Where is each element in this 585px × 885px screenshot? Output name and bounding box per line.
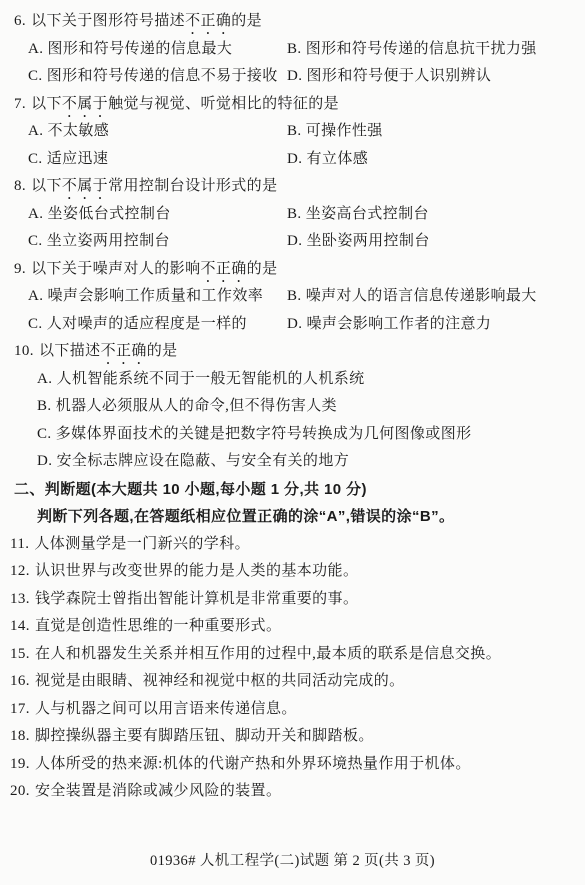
stem-text: 的是 [147,343,178,359]
question-6-options-row-1: A. 图形和符号传递的信息最大 B. 图形和符号传递的信息抗干扰力强 [0,36,585,64]
stem-emphasized-text: 不正确 [101,343,147,359]
option-10a: A. 人机智能系统不同于一般无智能机的人机系统 [0,366,585,394]
tf-question-20: 20.安全装置是消除或减少风险的装置。 [0,778,585,806]
tf-question-text: 人与机器之间可以用言语来传递信息。 [35,701,297,717]
section-2-title: 二、判断题(本大题共 10 小题,每小题 1 分,共 10 分) [0,476,585,504]
tf-question-18: 18.脚控操纵器主要有脚踏压钮、脚动开关和脚踏板。 [0,723,585,751]
stem-emphasized-text: 不属于 [62,178,108,194]
question-6-options-row-2: C. 图形和符号传递的信息不易于接收 D. 图形和符号便于人识别辨认 [0,63,585,91]
section-2-instruction: 判断下列各题,在答题纸相应位置正确的涂“A”,错误的涂“B”。 [0,503,585,531]
question-number: 14. [10,618,30,634]
stem-text: 以下 [31,96,62,112]
question-number: 13. [10,591,30,607]
tf-question-17: 17.人与机器之间可以用言语来传递信息。 [0,696,585,724]
question-9-options-row-2: C. 人对噪声的适应程度是一样的 D. 噪声会影响工作者的注意力 [0,311,585,339]
option-9a: A. 噪声会影响工作质量和工作效率 [28,283,287,311]
tf-question-text: 在人和机器发生关系并相互作用的过程中,最本质的联系是信息交换。 [35,646,501,662]
question-number: 6. [14,13,26,29]
tf-question-text: 人体所受的热来源:机体的代谢产热和外界环境热量作用于机体。 [35,756,471,772]
question-number: 19. [10,756,30,772]
stem-text: 以下关于图形符号描述 [31,13,185,29]
tf-question-text: 视觉是由眼睛、视神经和视觉中枢的共同活动完成的。 [35,673,405,689]
option-6b: B. 图形和符号传递的信息抗干扰力强 [287,36,537,64]
option-10d: D. 安全标志牌应设在隐蔽、与安全有关的地方 [0,448,585,476]
stem-text: 以下 [31,178,62,194]
stem-text: 触觉与视觉、听觉相比的特征的是 [108,96,339,112]
option-9c: C. 人对噪声的适应程度是一样的 [28,311,287,339]
tf-question-19: 19.人体所受的热来源:机体的代谢产热和外界环境热量作用于机体。 [0,751,585,779]
option-8b: B. 坐姿高台式控制台 [287,201,429,229]
tf-question-text: 钱学森院士曾指出智能计算机是非常重要的事。 [35,591,358,607]
question-number: 11. [10,536,29,552]
option-6d: D. 图形和符号便于人识别辨认 [287,63,491,91]
tf-question-16: 16.视觉是由眼睛、视神经和视觉中枢的共同活动完成的。 [0,668,585,696]
question-number: 7. [14,96,26,112]
stem-text: 常用控制台设计形式的是 [108,178,277,194]
question-9-stem: 9.以下关于噪声对人的影响不正确的是 [0,256,585,284]
stem-text: 的是 [247,261,278,277]
option-10c: C. 多媒体界面技术的关键是把数字符号转换成为几何图像或图形 [0,421,585,449]
question-8-stem: 8.以下不属于常用控制台设计形式的是 [0,173,585,201]
question-number: 18. [10,728,30,744]
option-7c: C. 适应迅速 [28,146,287,174]
tf-question-text: 人体测量学是一门新兴的学科。 [34,536,250,552]
option-9d: D. 噪声会影响工作者的注意力 [287,311,491,339]
question-8-options-row-1: A. 坐姿低台式控制台 B. 坐姿高台式控制台 [0,201,585,229]
stem-emphasized-text: 不正确 [200,261,246,277]
tf-question-text: 脚控操纵器主要有脚踏压钮、脚动开关和脚踏板。 [35,728,374,744]
page-footer: 01936# 人机工程学(二)试题 第 2 页(共 3 页) [0,848,585,876]
question-8-options-row-2: C. 坐立姿两用控制台 D. 坐卧姿两用控制台 [0,228,585,256]
question-number: 9. [14,261,26,277]
question-number: 12. [10,563,30,579]
option-8d: D. 坐卧姿两用控制台 [287,228,430,256]
tf-question-11: 11.人体测量学是一门新兴的学科。 [0,531,585,559]
option-7a: A. 不太敏感 [28,118,287,146]
option-8c: C. 坐立姿两用控制台 [28,228,287,256]
question-7-options-row-2: C. 适应迅速 D. 有立体感 [0,146,585,174]
option-6a: A. 图形和符号传递的信息最大 [28,36,287,64]
tf-question-14: 14.直觉是创造性思维的一种重要形式。 [0,613,585,641]
question-number: 20. [10,783,30,799]
tf-question-text: 认识世界与改变世界的能力是人类的基本功能。 [35,563,358,579]
option-8a: A. 坐姿低台式控制台 [28,201,287,229]
question-number: 16. [10,673,30,689]
question-6-stem: 6.以下关于图形符号描述不正确的是 [0,8,585,36]
exam-page: 6.以下关于图形符号描述不正确的是 A. 图形和符号传递的信息最大 B. 图形和… [0,0,585,885]
stem-text: 的是 [231,13,262,29]
question-10-stem: 10.以下描述不正确的是 [0,338,585,366]
option-6c: C. 图形和符号传递的信息不易于接收 [28,63,287,91]
tf-question-text: 安全装置是消除或减少风险的装置。 [35,783,281,799]
question-7-options-row-1: A. 不太敏感 B. 可操作性强 [0,118,585,146]
option-7d: D. 有立体感 [287,146,368,174]
tf-question-12: 12.认识世界与改变世界的能力是人类的基本功能。 [0,558,585,586]
stem-emphasized-text: 不属于 [62,96,108,112]
tf-question-15: 15.在人和机器发生关系并相互作用的过程中,最本质的联系是信息交换。 [0,641,585,669]
question-number: 8. [14,178,26,194]
question-number: 15. [10,646,30,662]
stem-text: 以下描述 [39,343,101,359]
stem-emphasized-text: 不正确 [185,13,231,29]
tf-question-13: 13.钱学森院士曾指出智能计算机是非常重要的事。 [0,586,585,614]
option-7b: B. 可操作性强 [287,118,383,146]
question-7-stem: 7.以下不属于触觉与视觉、听觉相比的特征的是 [0,91,585,119]
tf-question-text: 直觉是创造性思维的一种重要形式。 [35,618,281,634]
question-9-options-row-1: A. 噪声会影响工作质量和工作效率 B. 噪声对人的语言信息传递影响最大 [0,283,585,311]
stem-text: 以下关于噪声对人的影响 [31,261,200,277]
question-number: 10. [14,343,34,359]
question-number: 17. [10,701,30,717]
option-9b: B. 噪声对人的语言信息传递影响最大 [287,283,537,311]
option-10b: B. 机器人必须服从人的命令,但不得伤害人类 [0,393,585,421]
